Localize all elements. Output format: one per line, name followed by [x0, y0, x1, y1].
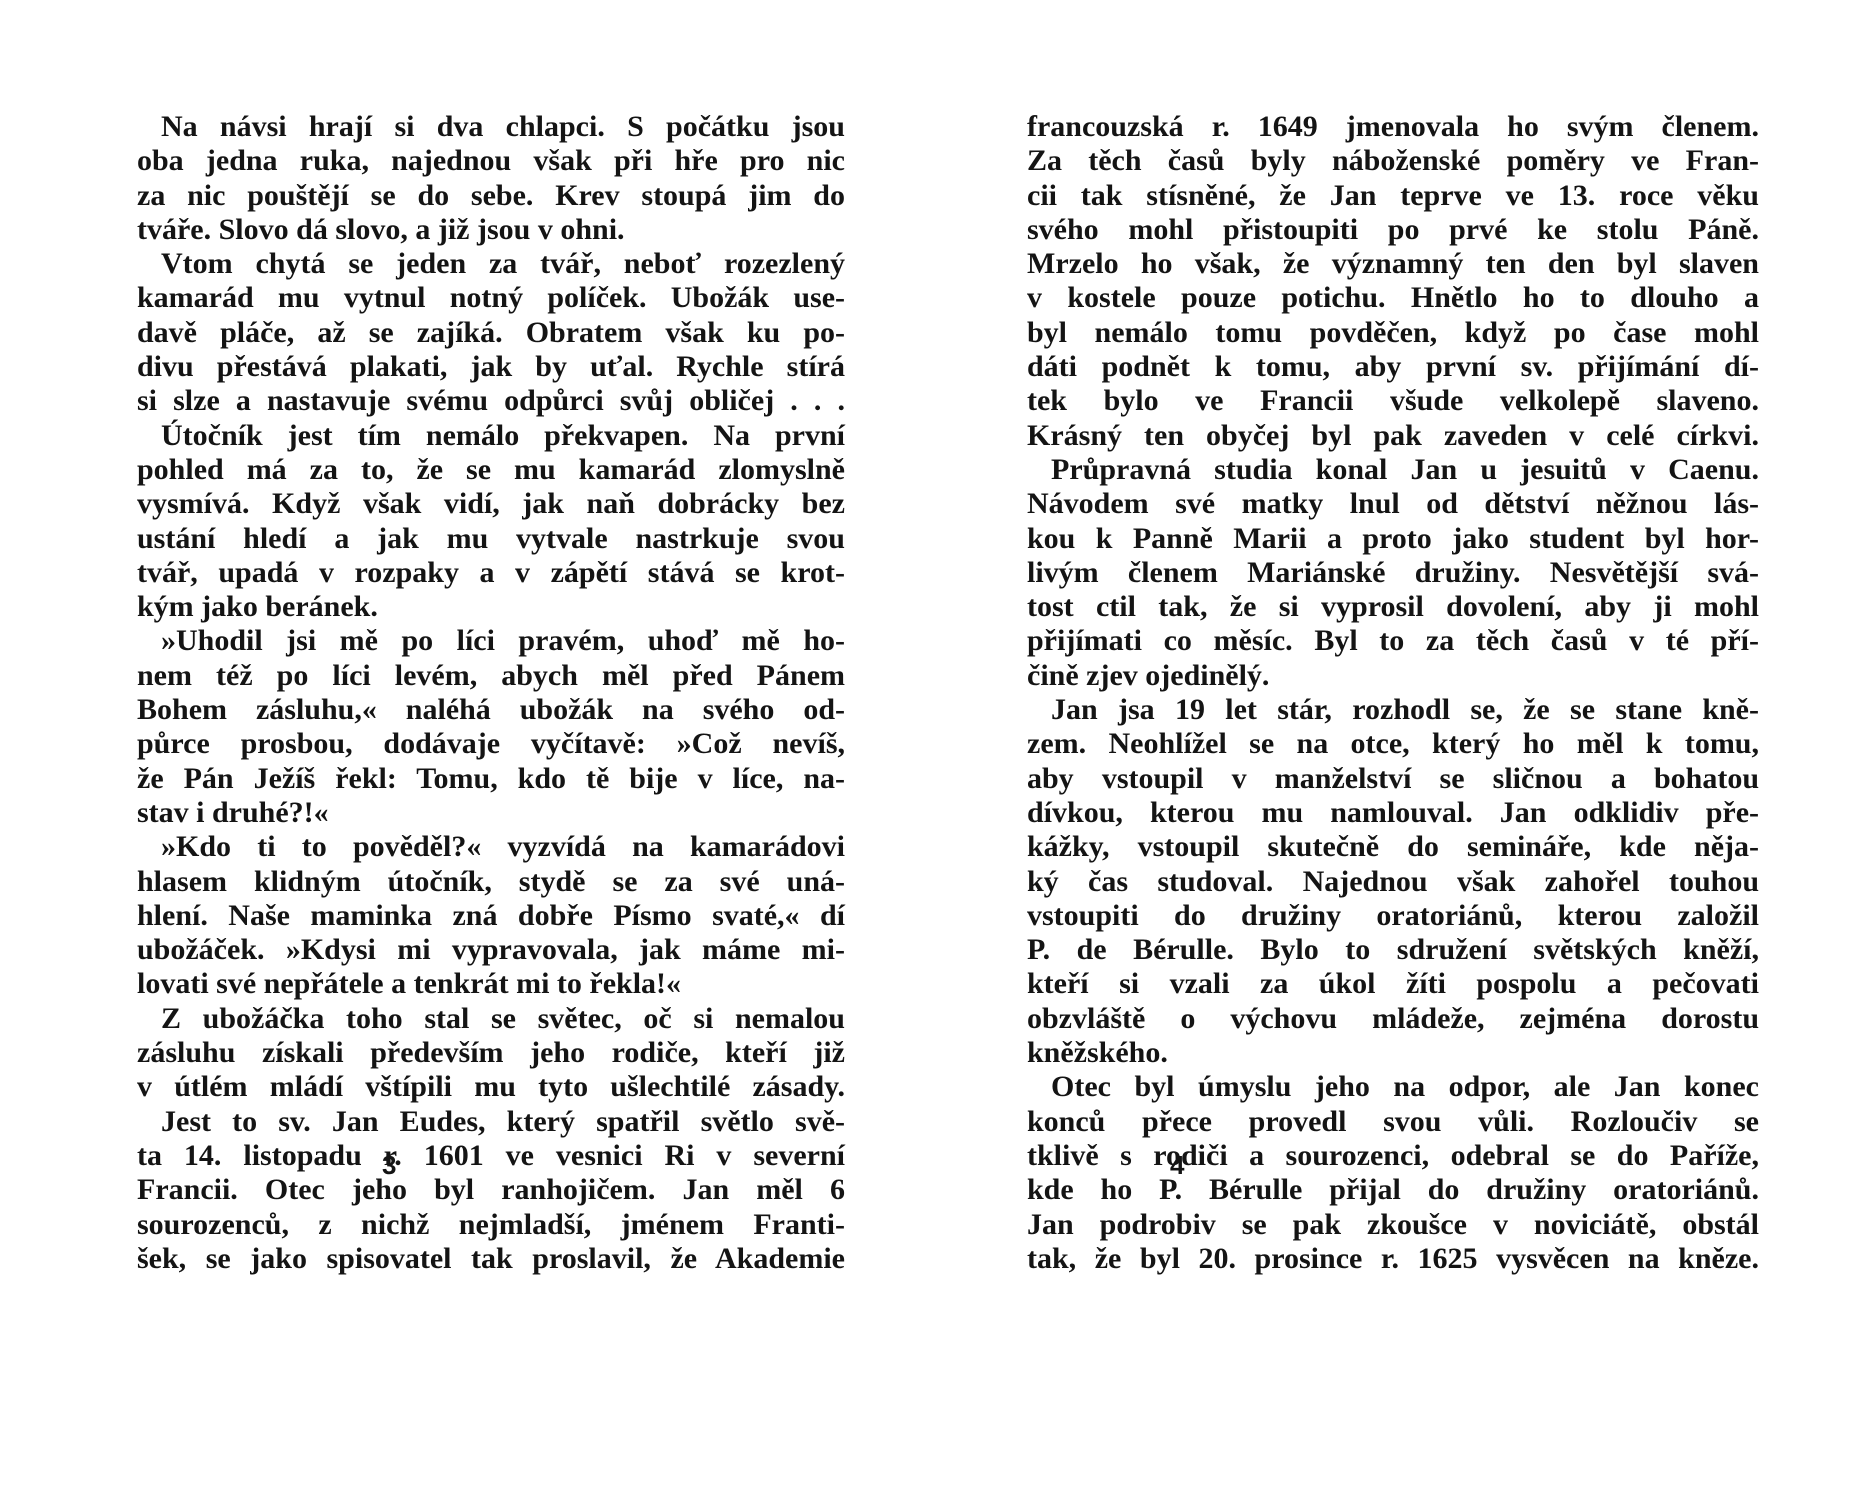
text-line: Krásný ten obyčej byl pak zaveden v celé… [1027, 419, 1759, 453]
text-line: Na návsi hrají si dva chlapci. S počátku… [137, 110, 845, 144]
text-line: Návodem své matky lnul od dětství něžnou… [1027, 487, 1759, 521]
text-line: kamarád mu vytnul notný políček. Ubožák … [137, 281, 845, 315]
text-line: »Kdo ti to pověděl?« vyzvídá na kamarádo… [137, 830, 845, 864]
page-number-right: 4 [1170, 1150, 1184, 1181]
text-line: obzvláště o výchovu mládeže, zejména dor… [1027, 1002, 1759, 1036]
text-line: tak, že byl 20. prosince r. 1625 vysvěce… [1027, 1242, 1759, 1276]
text-line: v kostele pouze potichu. Hnětlo ho to dl… [1027, 281, 1759, 315]
text-line: nem též po líci levém, abych měl před Pá… [137, 659, 845, 693]
text-line: sourozenců, z nichž nejmladší, jménem Fr… [137, 1208, 845, 1242]
text-line: aby vstoupil v manželství se sličnou a b… [1027, 762, 1759, 796]
text-line: kážky, vstoupil skutečně do semináře, kd… [1027, 830, 1759, 864]
text-line: »Uhodil jsi mě po líci pravém, uhoď mě h… [137, 624, 845, 658]
text-line: ustání hledí a jak mu vytvale nastrkuje … [137, 522, 845, 556]
text-line: pohled má za to, že se mu kamarád zlomys… [137, 453, 845, 487]
text-line: dáti podnět k tomu, aby první sv. přijím… [1027, 350, 1759, 384]
text-line: tek bylo ve Francii všude velkolepě slav… [1027, 384, 1759, 418]
text-line: svého mohl přistoupiti po prvé ke stolu … [1027, 213, 1759, 247]
text-line: přijímati co měsíc. Byl to za těch časů … [1027, 624, 1759, 658]
text-line: divu přestává plakati, jak by uťal. Rych… [137, 350, 845, 384]
text-line: francouzská r. 1649 jmenovala ho svým čl… [1027, 110, 1759, 144]
text-line: že Pán Ježíš řekl: Tomu, kdo tě bije v l… [137, 762, 845, 796]
text-line: ký čas studoval. Najednou však zahořel t… [1027, 865, 1759, 899]
text-line: tklivě s rodiči a sourozenci, odebral se… [1027, 1139, 1759, 1173]
page-number-left: 3 [382, 1150, 396, 1181]
text-line: Bohem zásluhu,« naléhá ubožák na svého o… [137, 693, 845, 727]
text-line: Mrzelo ho však, že významný ten den byl … [1027, 247, 1759, 281]
text-line: byl nemálo tomu povděčen, když po čase m… [1027, 316, 1759, 350]
text-line: tost ctil tak, že si vyprosil dovolení, … [1027, 590, 1759, 624]
text-line: ta 14. listopadu r. 1601 ve vesnici Ri v… [137, 1139, 845, 1173]
text-line: tvář, upadá v rozpaky a v zápětí stává s… [137, 556, 845, 590]
text-line: oba jedna ruka, najednou však při hře pr… [137, 144, 845, 178]
text-line: cii tak stísněné, že Jan teprve ve 13. r… [1027, 179, 1759, 213]
text-line: vstoupiti do družiny oratoriánů, kterou … [1027, 899, 1759, 933]
text-line: kteří si vzali za úkol žíti pospolu a pe… [1027, 967, 1759, 1001]
text-line: P. de Bérulle. Bylo to sdružení světskýc… [1027, 933, 1759, 967]
text-line: konců přece provedl svou vůli. Rozloučiv… [1027, 1105, 1759, 1139]
text-line: livým členem Mariánské družiny. Nesvětěj… [1027, 556, 1759, 590]
text-line: Francii. Otec jeho byl ranhojičem. Jan m… [137, 1173, 845, 1207]
text-line: Vtom chytá se jeden za tvář, neboť rozez… [137, 247, 845, 281]
text-line: kde ho P. Bérulle přijal do družiny orat… [1027, 1173, 1759, 1207]
text-line: Otec byl úmyslu jeho na odpor, ale Jan k… [1027, 1070, 1759, 1104]
text-line: davě pláče, až se zajíká. Obratem však k… [137, 316, 845, 350]
text-line: si slze a nastavuje svému odpůrci svůj o… [137, 384, 845, 418]
text-line: Jan podrobiv se pak zkoušce v noviciátě,… [1027, 1208, 1759, 1242]
text-line: kým jako beránek. [137, 590, 845, 624]
text-line: tváře. Slovo dá slovo, a již jsou v ohni… [137, 213, 845, 247]
text-line: dívkou, kterou mu namlouval. Jan odklidi… [1027, 796, 1759, 830]
text-line: šek, se jako spisovatel tak proslavil, ž… [137, 1242, 845, 1276]
text-line: hlení. Naše maminka zná dobře Písmo svat… [137, 899, 845, 933]
text-line: za nic pouštějí se do sebe. Krev stoupá … [137, 179, 845, 213]
text-line: Z ubožáčka toho stal se světec, oč si ne… [137, 1002, 845, 1036]
text-line: vysmívá. Když však vidí, jak naň dobráck… [137, 487, 845, 521]
text-line: půrce prosbou, dodávaje vyčítavě: »Což n… [137, 727, 845, 761]
text-line: Jan jsa 19 let stár, rozhodl se, že se s… [1027, 693, 1759, 727]
text-line: stav i druhé?!« [137, 796, 845, 830]
text-line: zem. Neohlížel se na otce, který ho měl … [1027, 727, 1759, 761]
text-line: zásluhu získali především jeho rodiče, k… [137, 1036, 845, 1070]
text-line: Průpravná studia konal Jan u jesuitů v C… [1027, 453, 1759, 487]
text-line: v útlém mládí vštípili mu tyto ušlechtil… [137, 1070, 845, 1104]
text-line: Útočník jest tím nemálo překvapen. Na pr… [137, 419, 845, 453]
right-page-text: francouzská r. 1649 jmenovala ho svým čl… [1027, 110, 1759, 1276]
text-line: čině zjev ojedinělý. [1027, 659, 1759, 693]
text-line: kou k Panně Marii a proto jako student b… [1027, 522, 1759, 556]
text-line: ubožáček. »Kdysi mi vypravovala, jak mám… [137, 933, 845, 967]
text-line: Jest to sv. Jan Eudes, který spatřil svě… [137, 1105, 845, 1139]
left-page-text: Na návsi hrají si dva chlapci. S počátku… [137, 110, 845, 1276]
text-line: lovati své nepřátele a tenkrát mi to řek… [137, 967, 845, 1001]
text-line: hlasem klidným útočník, stydě se za své … [137, 865, 845, 899]
text-line: kněžského. [1027, 1036, 1759, 1070]
text-line: Za těch časů byly náboženské poměry ve F… [1027, 144, 1759, 178]
